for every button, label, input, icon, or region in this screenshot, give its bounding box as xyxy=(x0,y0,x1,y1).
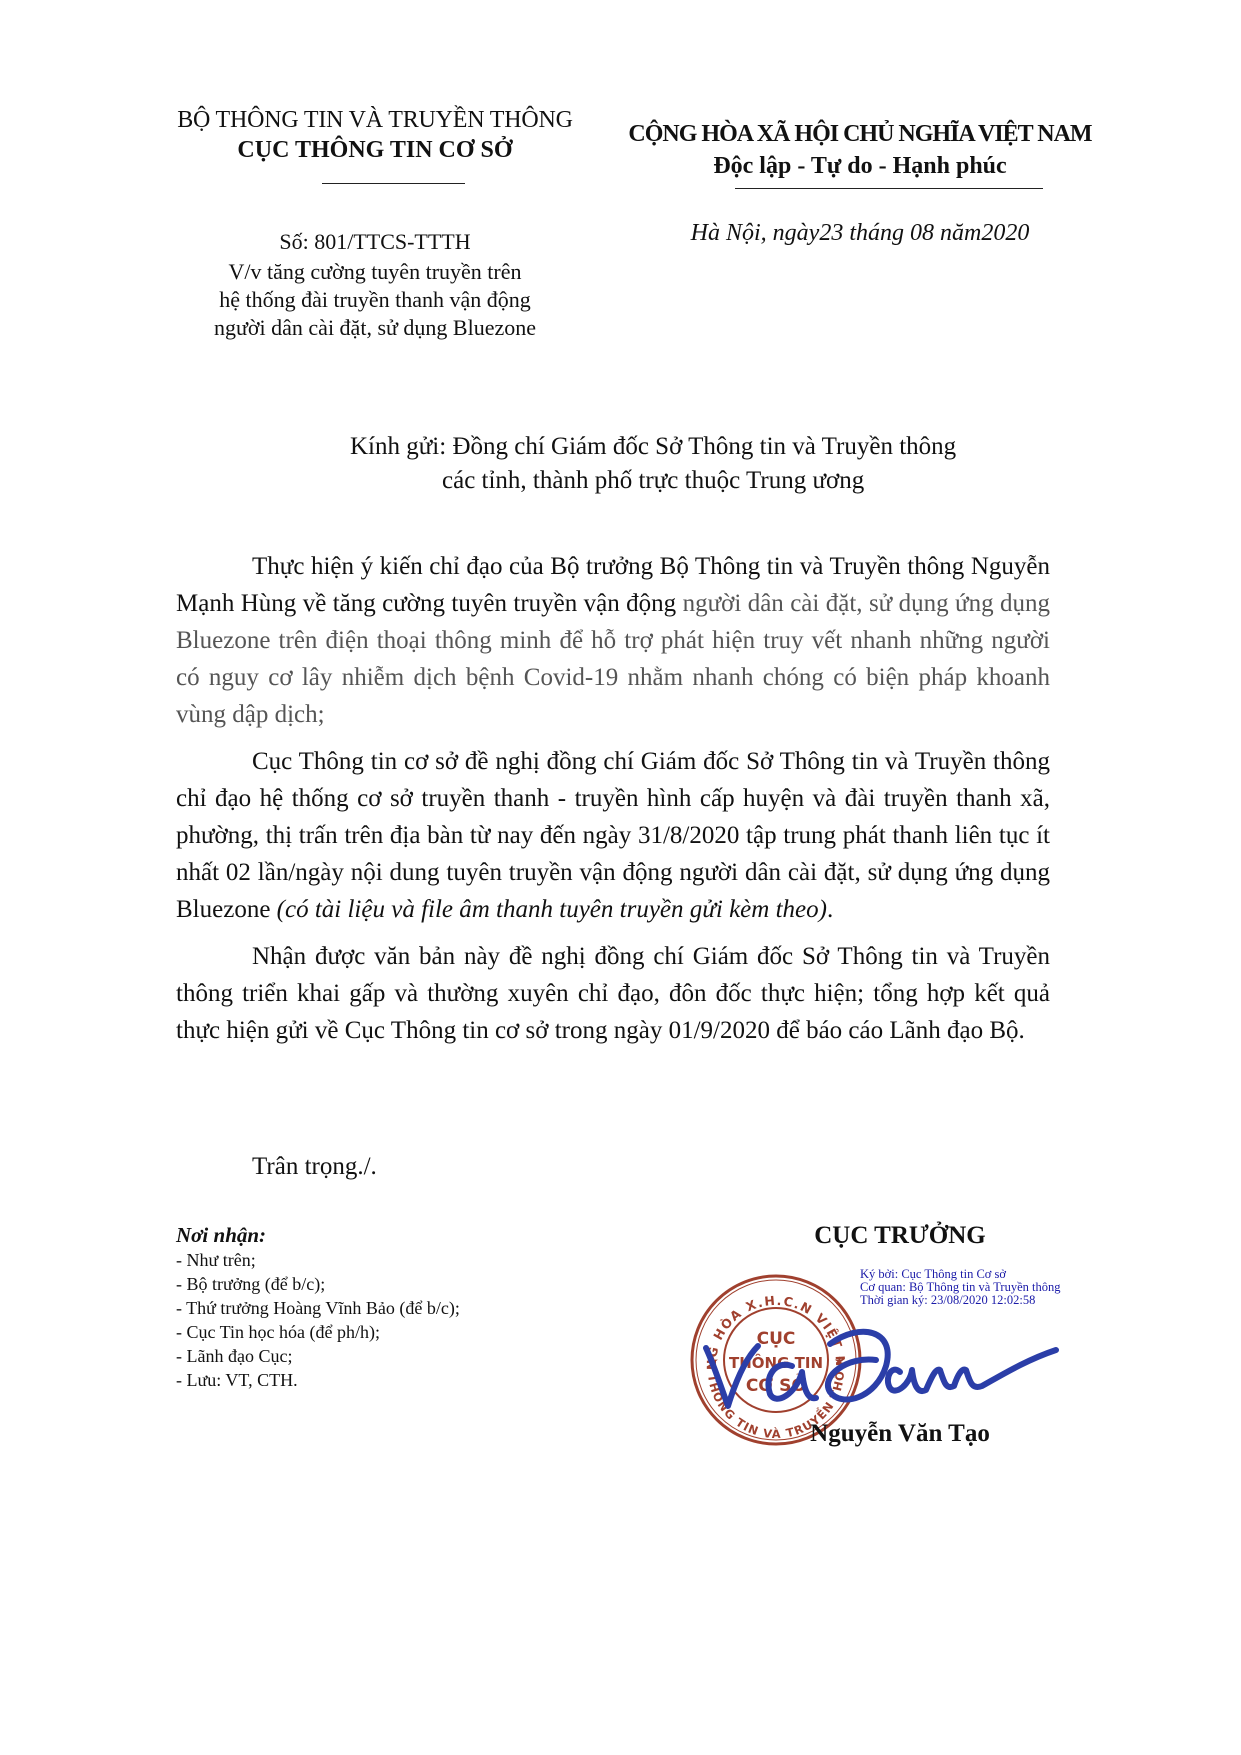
document-subject: V/v tăng cường tuyên truyền trên hệ thốn… xyxy=(150,258,600,342)
digital-signature-info: Ký bởi: Cục Thông tin Cơ sở Cơ quan: Bộ … xyxy=(860,1268,1061,1307)
document-number: Số: 801/TTCS-TTTH xyxy=(150,228,600,256)
paragraph-text: . xyxy=(827,896,833,923)
subject-line: hệ thống đài truyền thanh vận động xyxy=(150,286,600,314)
recipient-line: các tỉnh, thành phố trực thuộc Trung ươn… xyxy=(350,464,1070,498)
recipient-block: Kính gửi: Đồng chí Giám đốc Sở Thông tin… xyxy=(350,430,1070,498)
receiver-item: - Như trên; xyxy=(176,1248,596,1272)
national-motto: Độc lập - Tự do - Hạnh phúc xyxy=(620,150,1100,182)
signer-title: CỤC TRƯỞNG xyxy=(760,1220,1040,1252)
body-paragraph: Thực hiện ý kiến chỉ đạo của Bộ trưởng B… xyxy=(176,548,1050,733)
motto-underline xyxy=(735,188,1043,189)
subject-line: V/v tăng cường tuyên truyền trên xyxy=(150,258,600,286)
receiver-item: - Lãnh đạo Cục; xyxy=(176,1344,596,1368)
department-name: CỤC THÔNG TIN CƠ SỞ xyxy=(150,135,600,165)
body-paragraph: Nhận được văn bản này đề nghị đồng chí G… xyxy=(176,938,1050,1049)
subject-line: người dân cài đặt, sử dụng Bluezone xyxy=(150,314,600,342)
handwritten-signature-icon xyxy=(700,1310,1060,1430)
ministry-name: BỘ THÔNG TIN VÀ TRUYỀN THÔNG xyxy=(150,105,600,135)
place-and-date: Hà Nội, ngày23 tháng 08 năm2020 xyxy=(620,218,1100,248)
attachment-note: (có tài liệu và file âm thanh tuyên truy… xyxy=(277,896,827,923)
national-heading: CỘNG HÒA XÃ HỘI CHỦ NGHĨA VIỆT NAM Độc l… xyxy=(620,118,1100,182)
receiver-item: - Cục Tin học hóa (để ph/h); xyxy=(176,1320,596,1344)
receivers-list: Nơi nhận: - Như trên; - Bộ trưởng (để b/… xyxy=(176,1222,596,1392)
nation-title: CỘNG HÒA XÃ HỘI CHỦ NGHĨA VIỆT NAM xyxy=(620,118,1100,150)
receiver-item: - Bộ trưởng (để b/c); xyxy=(176,1272,596,1296)
receivers-title: Nơi nhận: xyxy=(176,1222,596,1248)
issuing-agency: BỘ THÔNG TIN VÀ TRUYỀN THÔNG CỤC THÔNG T… xyxy=(150,105,600,165)
receiver-item: - Lưu: VT, CTH. xyxy=(176,1368,596,1392)
signer-name: Nguyễn Văn Tạo xyxy=(760,1418,1040,1450)
recipient-line: Kính gửi: Đồng chí Giám đốc Sở Thông tin… xyxy=(350,430,1070,464)
esign-line: Thời gian ký: 23/08/2020 12:02:58 xyxy=(860,1294,1061,1307)
body-paragraph: Cục Thông tin cơ sở đề nghị đồng chí Giá… xyxy=(176,743,1050,928)
letter-body: Thực hiện ý kiến chỉ đạo của Bộ trưởng B… xyxy=(176,548,1050,1059)
closing-salutation: Trân trọng./. xyxy=(252,1150,377,1184)
receiver-item: - Thứ trưởng Hoàng Vĩnh Bảo (để b/c); xyxy=(176,1296,596,1320)
department-underline xyxy=(322,183,465,184)
